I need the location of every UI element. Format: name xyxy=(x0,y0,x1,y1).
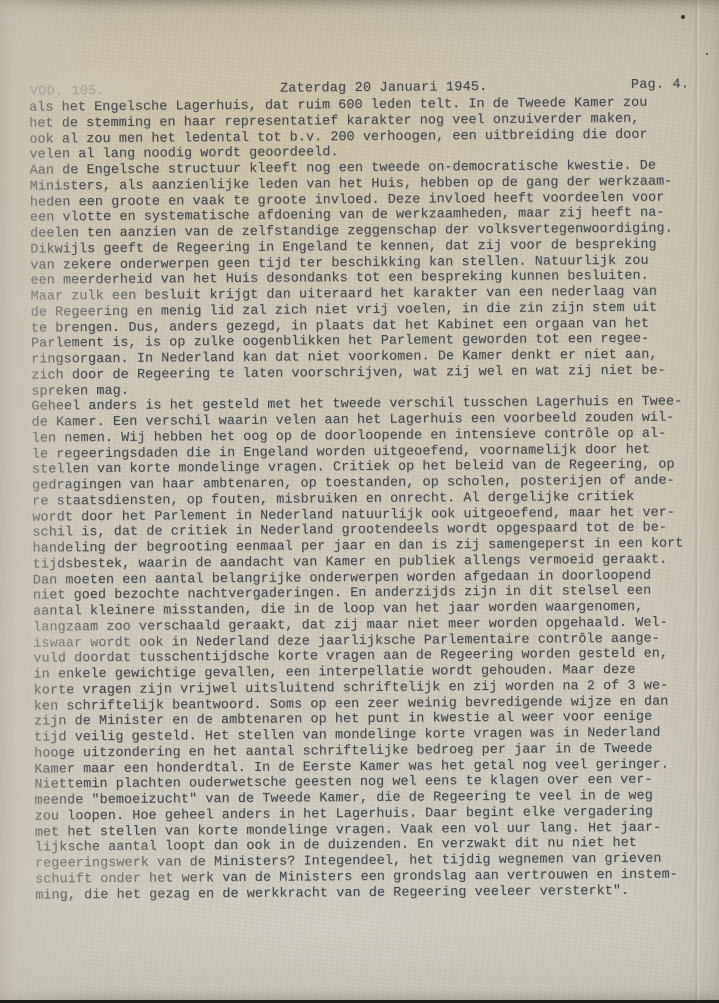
page-number: Pag. 4. xyxy=(631,77,689,92)
document-body: als het Engelsche Lagerhuis, dat ruim 60… xyxy=(29,95,707,904)
typewritten-content: VOD. 105. Zaterdag 20 Januari 1945. Pag.… xyxy=(0,0,719,1000)
doc-number: VOD. 105. xyxy=(30,84,105,100)
date-heading: Zaterdag 20 Januari 1945. xyxy=(280,80,488,97)
paper-sheet: VOD. 105. Zaterdag 20 Januari 1945. Pag.… xyxy=(0,0,719,1000)
